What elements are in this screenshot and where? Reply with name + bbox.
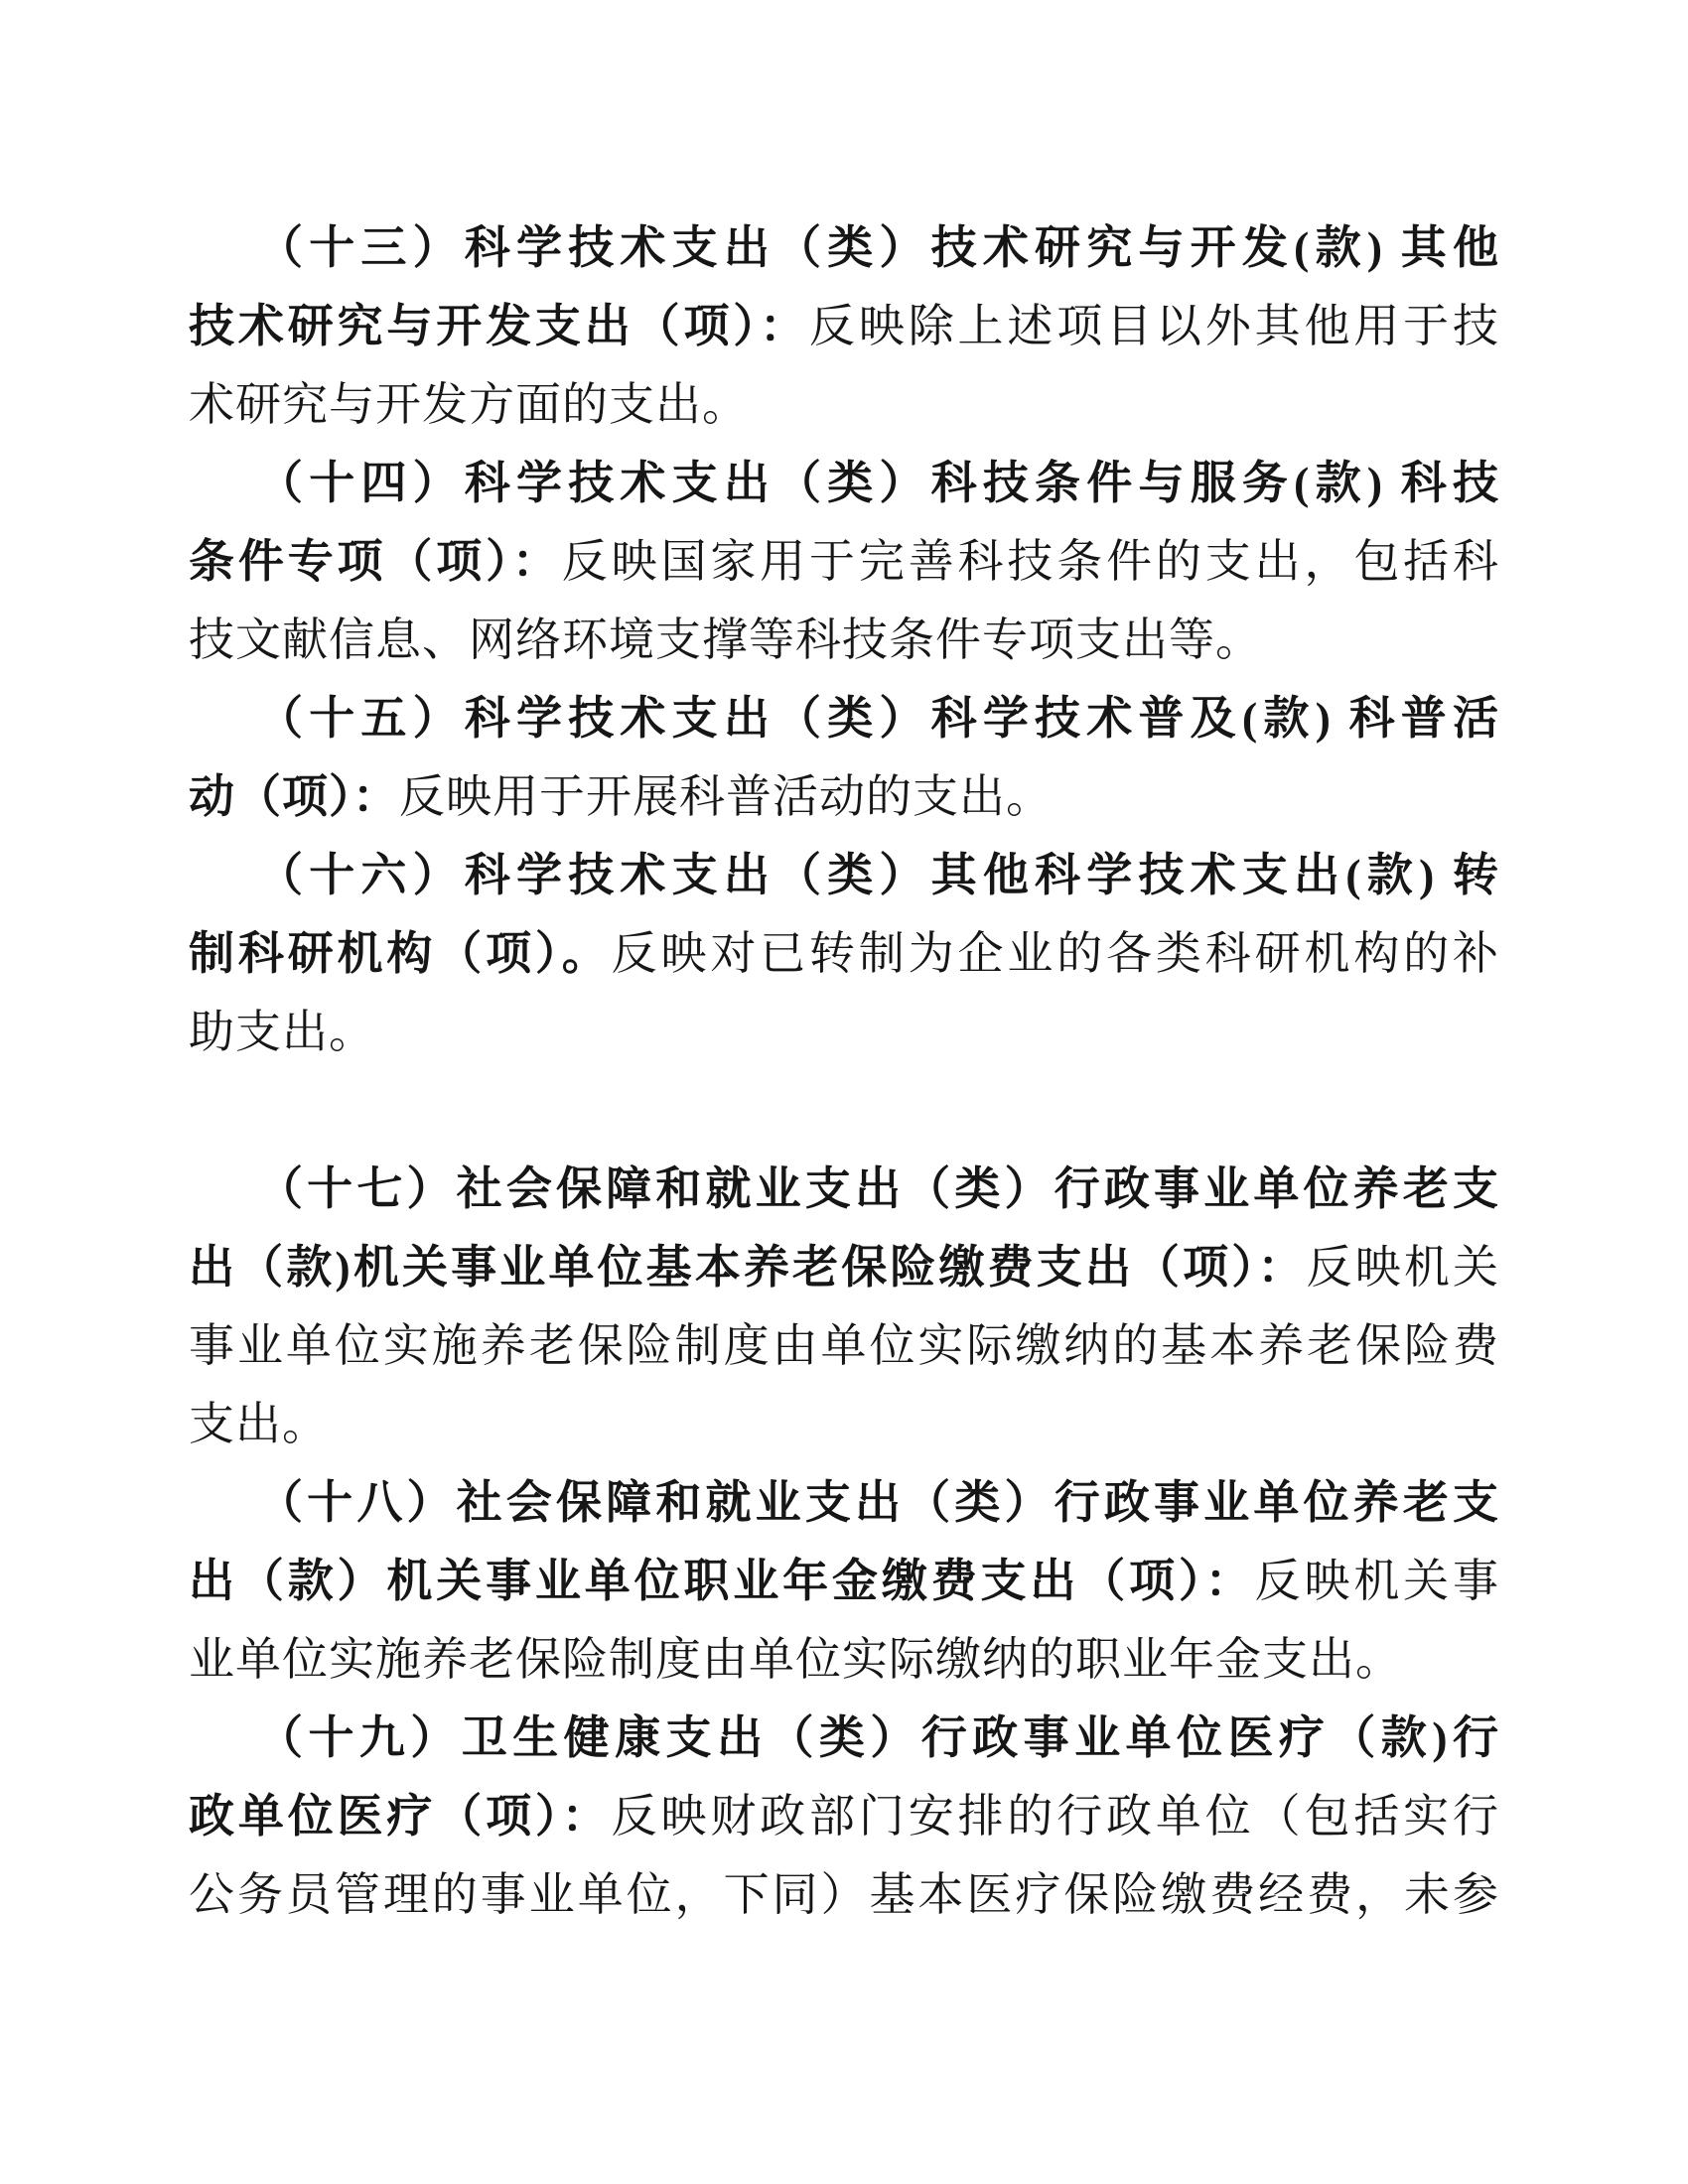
- body-segment: 反映对已转制为企业的各类科研机构的补: [612, 928, 1499, 979]
- text-line: 动（项）：反映用于开展科普活动的支出。: [189, 757, 1499, 836]
- document-body: （十三）科学技术支出（类）技术研究与开发(款) 其他技术研究与开发支出（项）：反…: [189, 208, 1499, 1934]
- body-segment: 支出。: [189, 1399, 329, 1449]
- text-line: （十三）科学技术支出（类）技术研究与开发(款) 其他: [189, 208, 1499, 287]
- text-line: （十四）科学技术支出（类）科技条件与服务(款) 科技: [189, 444, 1499, 522]
- heading-segment: （十九）卫生健康支出（类）行政事业单位医疗（款)行: [257, 1712, 1499, 1763]
- heading-segment: 政单位医疗（项）：: [189, 1791, 612, 1842]
- text-line: 制科研机构（项）。反映对已转制为企业的各类科研机构的补: [189, 914, 1499, 993]
- heading-segment: （十五）科学技术支出（类）科学技术普及(款) 科普活: [257, 693, 1499, 744]
- text-line: 业单位实施养老保险制度由单位实际缴纳的职业年金支出。: [189, 1620, 1499, 1699]
- body-segment: 反映机关: [1307, 1242, 1499, 1293]
- heading-segment: 出（款)机关事业单位基本养老保险缴费支出（项）：: [189, 1242, 1307, 1293]
- text-line: 出（款)机关事业单位基本养老保险缴费支出（项）：反映机关: [189, 1228, 1499, 1306]
- text-line: 事业单位实施养老保险制度由单位实际缴纳的基本养老保险费: [189, 1306, 1499, 1385]
- text-line: 条件专项（项）：反映国家用于完善科技条件的支出，包括科: [189, 522, 1499, 601]
- heading-segment: 技术研究与开发支出（项）：: [189, 301, 809, 351]
- heading-segment: 制科研机构（项）。: [189, 928, 612, 979]
- heading-segment: 出（款）机关事业单位职业年金缴费支出（项）：: [189, 1556, 1255, 1606]
- text-line: 术研究与开发方面的支出。: [189, 365, 1499, 444]
- document-page: （十三）科学技术支出（类）技术研究与开发(款) 其他技术研究与开发支出（项）：反…: [0, 0, 1688, 2184]
- body-segment: 事业单位实施养老保险制度由单位实际缴纳的基本养老保险费: [189, 1320, 1499, 1371]
- item-18: （十八）社会保障和就业支出（类）行政事业单位养老支出（款）机关事业单位职业年金缴…: [189, 1463, 1499, 1699]
- heading-segment: （十三）科学技术支出（类）技术研究与开发(款) 其他: [257, 222, 1499, 273]
- body-segment: 公务员管理的事业单位，下同）基本医疗保险缴费经费，未参: [189, 1869, 1499, 1920]
- item-16: （十六）科学技术支出（类）其他科学技术支出(款) 转制科研机构（项）。反映对已转…: [189, 836, 1499, 1071]
- text-line: 出（款）机关事业单位职业年金缴费支出（项）：反映机关事: [189, 1542, 1499, 1620]
- heading-segment: 动（项）：: [189, 771, 399, 822]
- item-19: （十九）卫生健康支出（类）行政事业单位医疗（款)行政单位医疗（项）：反映财政部门…: [189, 1699, 1499, 1934]
- text-line: 助支出。: [189, 993, 1499, 1071]
- text-line: 支出。: [189, 1385, 1499, 1463]
- body-segment: 业单位实施养老保险制度由单位实际缴纳的职业年金支出。: [189, 1634, 1402, 1685]
- text-line: （十九）卫生健康支出（类）行政事业单位医疗（款)行: [189, 1699, 1499, 1777]
- text-line: （十七）社会保障和就业支出（类）行政事业单位养老支: [189, 1150, 1499, 1228]
- paragraph-gap: [189, 1071, 1499, 1150]
- body-segment: 反映国家用于完善科技条件的支出，包括科: [562, 536, 1499, 587]
- heading-segment: 条件专项（项）：: [189, 536, 562, 587]
- item-14: （十四）科学技术支出（类）科技条件与服务(款) 科技条件专项（项）：反映国家用于…: [189, 444, 1499, 679]
- item-13: （十三）科学技术支出（类）技术研究与开发(款) 其他技术研究与开发支出（项）：反…: [189, 208, 1499, 444]
- body-segment: 助支出。: [189, 1007, 375, 1057]
- text-line: （十八）社会保障和就业支出（类）行政事业单位养老支: [189, 1463, 1499, 1542]
- item-17: （十七）社会保障和就业支出（类）行政事业单位养老支出（款)机关事业单位基本养老保…: [189, 1150, 1499, 1463]
- text-line: 公务员管理的事业单位，下同）基本医疗保险缴费经费，未参: [189, 1855, 1499, 1934]
- body-segment: 反映财政部门安排的行政单位（包括实行: [612, 1791, 1499, 1842]
- body-segment: 反映除上述项目以外其他用于技: [809, 301, 1499, 351]
- body-segment: 术研究与开发方面的支出。: [189, 379, 749, 430]
- text-line: 政单位医疗（项）：反映财政部门安排的行政单位（包括实行: [189, 1777, 1499, 1855]
- text-line: 技文献信息、网络环境支撑等科技条件专项支出等。: [189, 601, 1499, 679]
- heading-segment: （十六）科学技术支出（类）其他科学技术支出(款) 转: [257, 850, 1499, 900]
- heading-segment: （十四）科学技术支出（类）科技条件与服务(款) 科技: [257, 458, 1499, 508]
- heading-segment: （十八）社会保障和就业支出（类）行政事业单位养老支: [257, 1477, 1499, 1528]
- body-segment: 技文献信息、网络环境支撑等科技条件专项支出等。: [189, 614, 1262, 665]
- item-15: （十五）科学技术支出（类）科学技术普及(款) 科普活动（项）：反映用于开展科普活…: [189, 679, 1499, 836]
- text-line: 技术研究与开发支出（项）：反映除上述项目以外其他用于技: [189, 287, 1499, 365]
- heading-segment: （十七）社会保障和就业支出（类）行政事业单位养老支: [257, 1163, 1499, 1214]
- body-segment: 反映用于开展科普活动的支出。: [399, 771, 1053, 822]
- text-line: （十六）科学技术支出（类）其他科学技术支出(款) 转: [189, 836, 1499, 914]
- text-line: （十五）科学技术支出（类）科学技术普及(款) 科普活: [189, 679, 1499, 757]
- body-segment: 反映机关事: [1255, 1556, 1499, 1606]
